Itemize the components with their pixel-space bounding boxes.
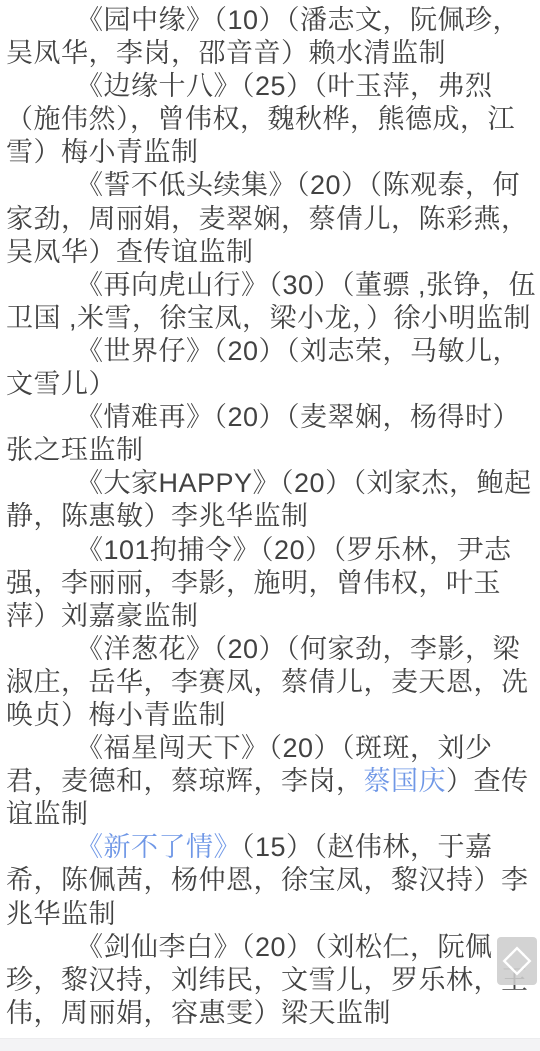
text-segment: 希，陈佩茜，杨仲恩，徐宝凤，黎汉持）李 [6,865,529,895]
text-segment: 家劲，周丽娟，麦翠娴，蔡倩儿，陈彩燕， [6,204,529,234]
bottom-strip [0,1038,540,1051]
text-segment: 唤贞）梅小青监制 [6,700,226,730]
text-segment: 强，李丽丽，李影，施明，曾伟权，叶玉 [6,568,501,598]
text-segment: 《誓不低头续集》（20）（陈观泰，何 [76,170,520,200]
text-segment: 谊监制 [6,799,89,829]
text-line: 家劲，周丽娟，麦翠娴，蔡倩儿，陈彩燕， [6,203,536,236]
text-segment: 吴凤华，李岗，邵音音）赖水清监制 [6,38,446,68]
text-line: 《情难再》（20）（麦翠娴，杨得时） [6,401,536,434]
text-segment: 伟，周丽娟，容惠雯）梁天监制 [6,998,391,1028]
text-line: 《再向虎山行》（30）（董骠 ,张铮，伍 [6,269,536,302]
text-line: 《边缘十八》（25）（叶玉萍，弗烈 [6,70,536,103]
text-segment: 吴凤华）查传谊监制 [6,237,254,267]
text-line: （施伟然），曾伟权，魏秋桦，熊德成，江 [6,103,536,136]
text-line: 吴凤华，李岗，邵音音）赖水清监制 [6,37,536,70]
text-line: 《福星闯天下》（20）（斑斑，刘少 [6,732,536,765]
text-segment: 《大家HAPPY》（20）（刘家杰，鲍起 [76,468,532,498]
text-segment: 《园中缘》（10）（潘志文，阮佩珍， [76,5,520,35]
text-segment: 《边缘十八》（25）（叶玉萍，弗烈 [76,71,493,101]
text-segment: （15）（赵伟林，于嘉 [241,832,493,862]
text-line: 君，麦德和，蔡琼辉，李岗，蔡国庆）查传 [6,765,536,798]
text-line: 吴凤华）查传谊监制 [6,236,536,269]
entity-link[interactable]: 《新不了情》 [76,832,241,862]
text-line: 强，李丽丽，李影，施明，曾伟权，叶玉 [6,567,536,600]
text-segment: 《剑仙李白》（20）（刘松仁，阮佩 [76,932,493,962]
text-segment: 文雪儿） [6,369,116,399]
text-segment: 《洋葱花》（20）（何家劲，李影，梁 [76,634,520,664]
text-line: 淑庄，岳华，李赛凤，蔡倩儿，麦天恩，冼 [6,666,536,699]
text-line: 珍，黎汉持，刘纬民，文雪儿，罗乐林，王 [6,964,536,997]
text-line: 伟，周丽娟，容惠雯）梁天监制 [6,997,536,1030]
text-line: 希，陈佩茜，杨仲恩，徐宝凤，黎汉持）李 [6,864,536,897]
text-segment: 卫国 ,米雪，徐宝凤，梁小龙，）徐小明监制 [6,303,531,333]
pan-navigator-button[interactable] [497,937,537,985]
text-segment: 淑庄，岳华，李赛凤，蔡倩儿，麦天恩，冼 [6,667,529,697]
text-segment: 静，陈惠敏）李兆华监制 [6,501,309,531]
text-segment: 萍）刘嘉豪监制 [6,601,199,631]
text-line: 《大家HAPPY》（20）（刘家杰，鲍起 [6,467,536,500]
text-line: 静，陈惠敏）李兆华监制 [6,500,536,533]
text-segment: ）查传 [446,766,529,796]
article-page: 《园中缘》（10）（潘志文，阮佩珍，吴凤华，李岗，邵音音）赖水清监制《边缘十八》… [0,0,540,1051]
text-segment: 《福星闯天下》（20）（斑斑，刘少 [76,733,493,763]
article-text: 《园中缘》（10）（潘志文，阮佩珍，吴凤华，李岗，邵音音）赖水清监制《边缘十八》… [0,4,540,1030]
text-line: 雪）梅小青监制 [6,136,536,169]
text-segment: 《再向虎山行》（30）（董骠 ,张铮，伍 [76,270,536,300]
text-segment: 雪）梅小青监制 [6,137,199,167]
text-line: 张之珏监制 [6,434,536,467]
text-line: 《誓不低头续集》（20）（陈观泰，何 [6,169,536,202]
text-segment: 《101拘捕令》（20）（罗乐林，尹志 [76,535,512,565]
text-segment: 兆华监制 [6,899,116,929]
text-line: 《世界仔》（20）（刘志荣，马敏儿， [6,335,536,368]
text-segment: 《世界仔》（20）（刘志荣，马敏儿， [76,336,520,366]
text-line: 《园中缘》（10）（潘志文，阮佩珍， [6,4,536,37]
text-segment: （施伟然），曾伟权，魏秋桦，熊德成，江 [6,104,515,134]
text-line: 文雪儿） [6,368,536,401]
entity-link[interactable]: 蔡国庆 [364,766,447,796]
text-segment: 《情难再》（20）（麦翠娴，杨得时） [76,402,520,432]
text-segment: 珍，黎汉持，刘纬民，文雪儿，罗乐林，王 [6,965,529,995]
text-segment: 张之珏监制 [6,435,144,465]
four-direction-diamond-icon [501,945,533,977]
text-line: 《洋葱花》（20）（何家劲，李影，梁 [6,633,536,666]
text-line: 萍）刘嘉豪监制 [6,600,536,633]
text-line: 谊监制 [6,798,536,831]
text-line: 兆华监制 [6,898,536,931]
text-line: 卫国 ,米雪，徐宝凤，梁小龙，）徐小明监制 [6,302,536,335]
text-line: 唤贞）梅小青监制 [6,699,536,732]
text-line: 《101拘捕令》（20）（罗乐林，尹志 [6,534,536,567]
text-line: 《剑仙李白》（20）（刘松仁，阮佩 [6,931,536,964]
text-line: 《新不了情》（15）（赵伟林，于嘉 [6,831,536,864]
text-segment: 君，麦德和，蔡琼辉，李岗， [6,766,364,796]
